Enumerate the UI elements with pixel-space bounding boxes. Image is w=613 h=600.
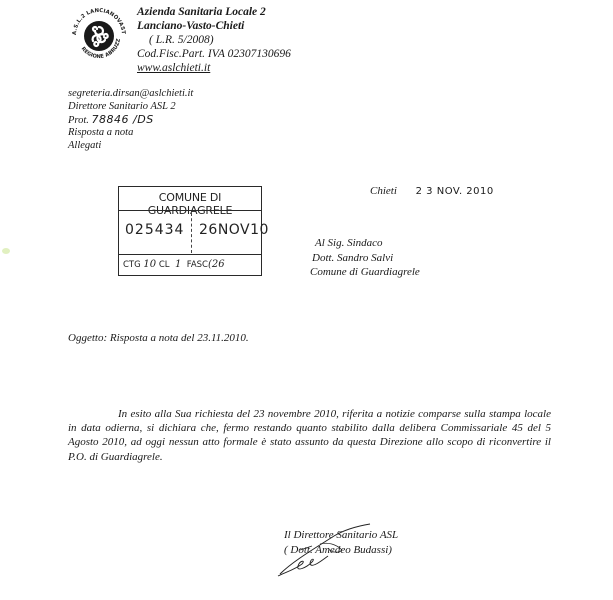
org-name: Azienda Sanitaria Locale 2 bbox=[137, 5, 291, 19]
org-website-link[interactable]: www.aslchieti.it bbox=[137, 61, 291, 75]
stamp-ctg-value: 10 bbox=[143, 259, 156, 270]
stamp-ctg-label: CTG bbox=[123, 260, 141, 270]
stamp-fasc-label: FASC bbox=[187, 260, 208, 270]
recipient-line: Al Sig. Sindaco bbox=[315, 236, 420, 251]
protocol-number-handwritten: 78846 /DS bbox=[92, 113, 154, 126]
date-stamp: 2 3 NOV. 2010 bbox=[416, 186, 494, 197]
body-paragraph: In esito alla Sua richiesta del 23 novem… bbox=[68, 407, 551, 464]
sender-block: segreteria.dirsan@aslchieti.it Direttore… bbox=[68, 88, 193, 153]
place-date: Chieti 2 3 NOV. 2010 bbox=[370, 185, 494, 197]
stamp-vertical-divider bbox=[191, 213, 192, 253]
protocol-line: Prot. 78846 /DS bbox=[68, 114, 193, 128]
place-city: Chieti bbox=[370, 185, 397, 197]
reply-reference: Risposta a nota bbox=[68, 127, 193, 140]
stamp-title: COMUNE DI GUARDIAGRELE bbox=[121, 191, 259, 217]
stamp-date: 26NOV10 bbox=[199, 222, 269, 238]
letterhead-text: Azienda Sanitaria Locale 2 Lanciano-Vast… bbox=[137, 5, 291, 75]
letter-body: In esito alla Sua richiesta del 23 novem… bbox=[68, 407, 551, 464]
recipient-line: Comune di Guardiagrele bbox=[310, 265, 420, 280]
stamp-protocol-number: 025434 bbox=[125, 222, 184, 238]
recipient-line: Dott. Sandro Salvi bbox=[312, 251, 420, 266]
org-area: Lanciano-Vasto-Chieti bbox=[137, 19, 291, 33]
stamp-divider bbox=[119, 254, 261, 255]
org-law: ( L.R. 5/2008) bbox=[137, 33, 291, 47]
stamp-cl-label: CL bbox=[159, 260, 170, 270]
handwritten-signature-icon bbox=[272, 522, 392, 582]
attachments-label: Allegati bbox=[68, 140, 193, 153]
scan-artifact bbox=[2, 248, 10, 254]
stamp-fasc-value: (26 bbox=[208, 259, 225, 270]
triskelion-seal-icon: A.S.L.2 LANCIANOVASTOCHIETI REGIONE ABRU… bbox=[68, 4, 130, 66]
stamp-divider bbox=[119, 210, 261, 211]
stamp-cl-value: 1 bbox=[175, 259, 181, 270]
asl-logo: A.S.L.2 LANCIANOVASTOCHIETI REGIONE ABRU… bbox=[68, 4, 130, 66]
stamp-classification: CTG 10 CL 1 FASC(26 bbox=[123, 259, 225, 270]
protocol-stamp: COMUNE DI GUARDIAGRELE 025434 26NOV10 CT… bbox=[118, 186, 262, 276]
recipient-block: Al Sig. Sindaco Dott. Sandro Salvi Comun… bbox=[315, 236, 420, 280]
sender-email[interactable]: segreteria.dirsan@aslchieti.it bbox=[68, 88, 193, 101]
subject-line: Oggetto: Risposta a nota del 23.11.2010. bbox=[68, 332, 249, 344]
protocol-label: Prot. bbox=[68, 115, 89, 126]
org-tax-id: Cod.Fisc.Part. IVA 02307130696 bbox=[137, 47, 291, 61]
